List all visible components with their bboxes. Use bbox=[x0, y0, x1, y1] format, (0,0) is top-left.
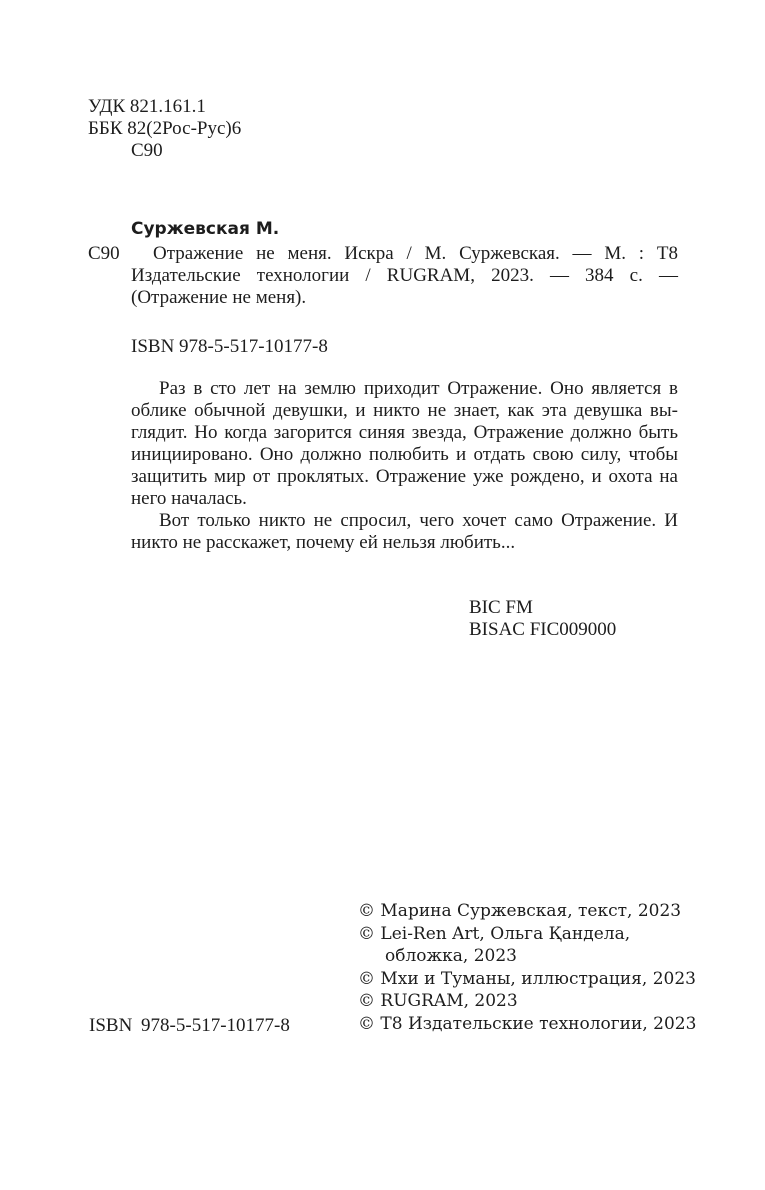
isbn-bottom: ISBN 978-5-517-10177-8 bbox=[89, 1015, 290, 1037]
annotation-paragraph: Вот только никто не спросил, чего хочет … bbox=[131, 510, 678, 554]
author-heading: Суржевская М. bbox=[131, 219, 279, 239]
copyright-line: © Lei-Ren Art, Ольга Қандела, bbox=[358, 923, 696, 946]
udk-code: УДК 821.161.1 bbox=[88, 96, 241, 118]
bib-line: Издательские технологии / RUGRAM, 2023. … bbox=[131, 265, 678, 287]
copyright-line: © Т8 Издательские технологии, 2023 bbox=[358, 1013, 696, 1036]
bic-code: BIC FM bbox=[469, 597, 616, 619]
copyright-line-continuation: обложка, 2023 bbox=[358, 945, 696, 968]
copyright-list: © Марина Суржевская, текст, 2023 © Lei-R… bbox=[358, 900, 696, 1035]
bisac-code: BISAC FIC009000 bbox=[469, 619, 616, 641]
isbn-top: ISBN 978-5-517-10177-8 bbox=[131, 336, 328, 358]
bbk-code: ББК 82(2Рос-Рус)6 bbox=[88, 118, 241, 140]
subject-codes: BIC FM BISAC FIC009000 bbox=[469, 597, 616, 641]
cutter-code: С90 bbox=[88, 140, 241, 162]
annotation: Раз в сто лет на землю приходит Отражени… bbox=[131, 378, 678, 554]
record-cutter-code: С90 bbox=[88, 243, 120, 265]
bib-line: Отражение не меня. Искра / М. Суржевская… bbox=[131, 243, 678, 265]
copyright-line: © Мхи и Туманы, иллюстрация, 2023 bbox=[358, 968, 696, 991]
copyright-line: © RUGRAM, 2023 bbox=[358, 990, 696, 1013]
bibliographic-description: Отражение не меня. Искра / М. Суржевская… bbox=[131, 243, 678, 309]
bib-line: (Отражение не меня). bbox=[131, 287, 678, 309]
classification-block: УДК 821.161.1 ББК 82(2Рос-Рус)6 С90 bbox=[88, 96, 241, 162]
annotation-paragraph: Раз в сто лет на землю приходит Отражени… bbox=[131, 378, 678, 510]
copyright-line: © Марина Суржевская, текст, 2023 bbox=[358, 900, 696, 923]
